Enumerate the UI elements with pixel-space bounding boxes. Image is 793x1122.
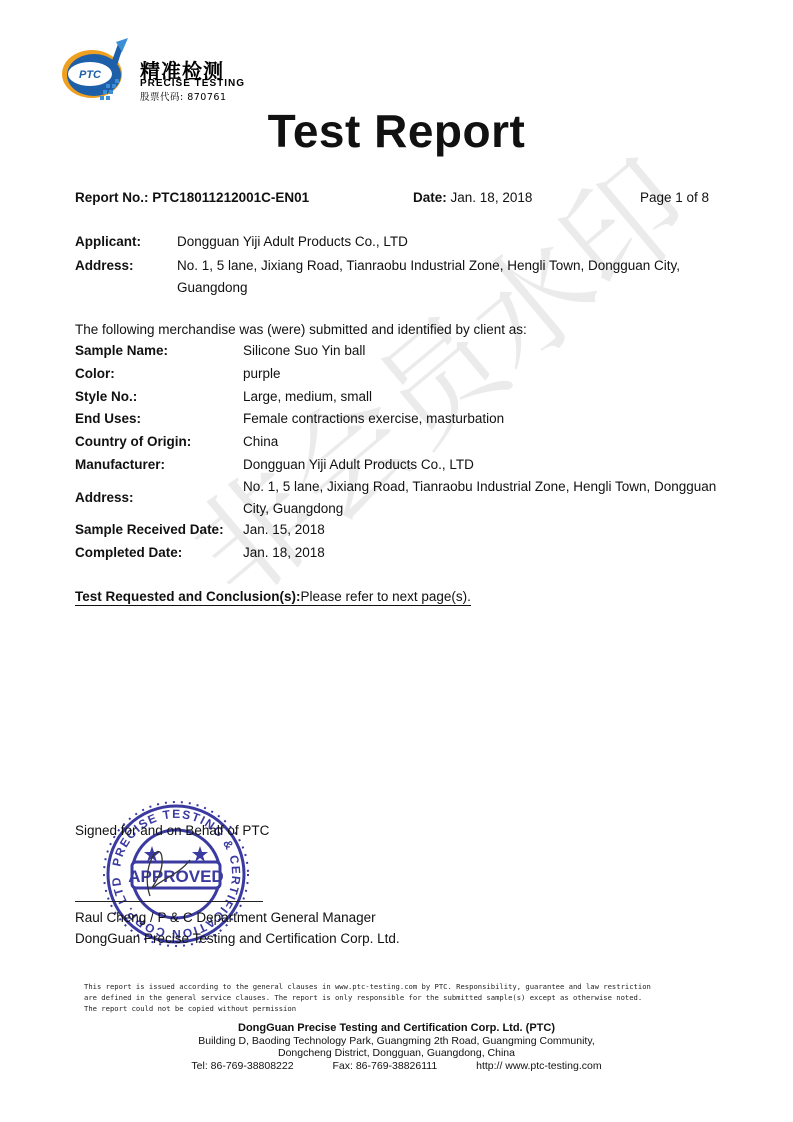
conclusion-value: Please refer to next page(s). — [301, 589, 471, 604]
manufacturer-address-label: Address: — [75, 487, 134, 509]
color-value: purple — [243, 363, 281, 385]
end-uses-value: Female contractions exercise, masturbati… — [243, 408, 504, 430]
footer-company: DongGuan Precise Testing and Certificati… — [0, 1022, 793, 1035]
footer-contact: Tel: 86-769-38808222 Fax: 86-769-3882611… — [0, 1060, 793, 1073]
disclaimer-line: are defined in the general service claus… — [84, 992, 651, 1003]
page-footer: DongGuan Precise Testing and Certificati… — [0, 1022, 793, 1072]
footer-address-line1: Building D, Baoding Technology Park, Gua… — [0, 1035, 793, 1048]
sample-name-value: Silicone Suo Yin ball — [243, 340, 365, 362]
signature-line — [75, 901, 263, 902]
report-number-label: Report No.: — [75, 190, 149, 205]
applicant-value: Dongguan Yiji Adult Products Co., LTD — [177, 231, 408, 253]
svg-text:PTC: PTC — [79, 69, 102, 81]
svg-text:APPROVED: APPROVED — [128, 867, 223, 886]
conclusion: Test Requested and Conclusion(s):Please … — [75, 588, 471, 606]
footer-website[interactable]: http:// www.ptc-testing.com — [476, 1060, 601, 1073]
disclaimer-line: The report could not be copied without p… — [84, 1003, 651, 1014]
signer-company: DongGuan Precise Testing and Certificati… — [75, 931, 400, 946]
report-date-value: Jan. 18, 2018 — [451, 190, 533, 205]
page-indicator: Page 1 of 8 — [640, 190, 709, 205]
approved-stamp-icon: PRECISE TESTING & CERTIFICATION CORP. LT… — [100, 798, 252, 950]
origin-value: China — [243, 431, 278, 453]
received-date-value: Jan. 15, 2018 — [243, 519, 325, 541]
applicant-label: Applicant: — [75, 231, 141, 253]
style-value: Large, medium, small — [243, 386, 372, 408]
footer-address-line2: Dongcheng District, Dongguan, Guangdong,… — [0, 1047, 793, 1060]
completed-date-value: Jan. 18, 2018 — [243, 542, 325, 564]
logo-stock-code: 股票代码: 870761 — [140, 89, 227, 103]
completed-date-label: Completed Date: — [75, 542, 182, 564]
manufacturer-address-line2: City, Guangdong — [243, 498, 343, 520]
report-date-label: Date: — [413, 190, 447, 205]
footer-fax: Fax: 86-769-38826111 — [333, 1060, 438, 1073]
applicant-address-line2: Guangdong — [177, 277, 248, 299]
color-label: Color: — [75, 363, 115, 385]
approval-stamp: PRECISE TESTING & CERTIFICATION CORP. LT… — [100, 798, 252, 950]
style-label: Style No.: — [75, 386, 137, 408]
signer-name: Raul Cheng / P & C Department General Ma… — [75, 910, 376, 925]
report-number-value: PTC18011212001C-EN01 — [152, 190, 309, 205]
conclusion-label: Test Requested and Conclusion(s): — [75, 589, 301, 604]
signed-for-text: Signed for and on Behalf of PTC — [75, 823, 269, 838]
intro-text: The following merchandise was (were) sub… — [75, 319, 527, 341]
sample-name-label: Sample Name: — [75, 340, 168, 362]
footer-tel: Tel: 86-769-38808222 — [191, 1060, 293, 1073]
disclaimer-line: This report is issued according to the g… — [84, 981, 651, 992]
ptc-logo-icon: PTC — [60, 36, 140, 106]
disclaimer: This report is issued according to the g… — [84, 981, 651, 1014]
manufacturer-address-line1: No. 1, 5 lane, Jixiang Road, Tianraobu I… — [243, 476, 716, 498]
received-date-label: Sample Received Date: — [75, 519, 224, 541]
applicant-address-label: Address: — [75, 255, 134, 277]
applicant-address-line1: No. 1, 5 lane, Jixiang Road, Tianraobu I… — [177, 255, 680, 277]
manufacturer-label: Manufacturer: — [75, 454, 165, 476]
page-title: Test Report — [0, 104, 793, 158]
logo-english-name: PRECISE TESTING — [140, 78, 245, 89]
manufacturer-value: Dongguan Yiji Adult Products Co., LTD — [243, 454, 474, 476]
origin-label: Country of Origin: — [75, 431, 191, 453]
report-date: Date: Jan. 18, 2018 — [413, 190, 532, 205]
report-number: Report No.: PTC18011212001C-EN01 — [75, 190, 309, 205]
end-uses-label: End Uses: — [75, 408, 141, 430]
